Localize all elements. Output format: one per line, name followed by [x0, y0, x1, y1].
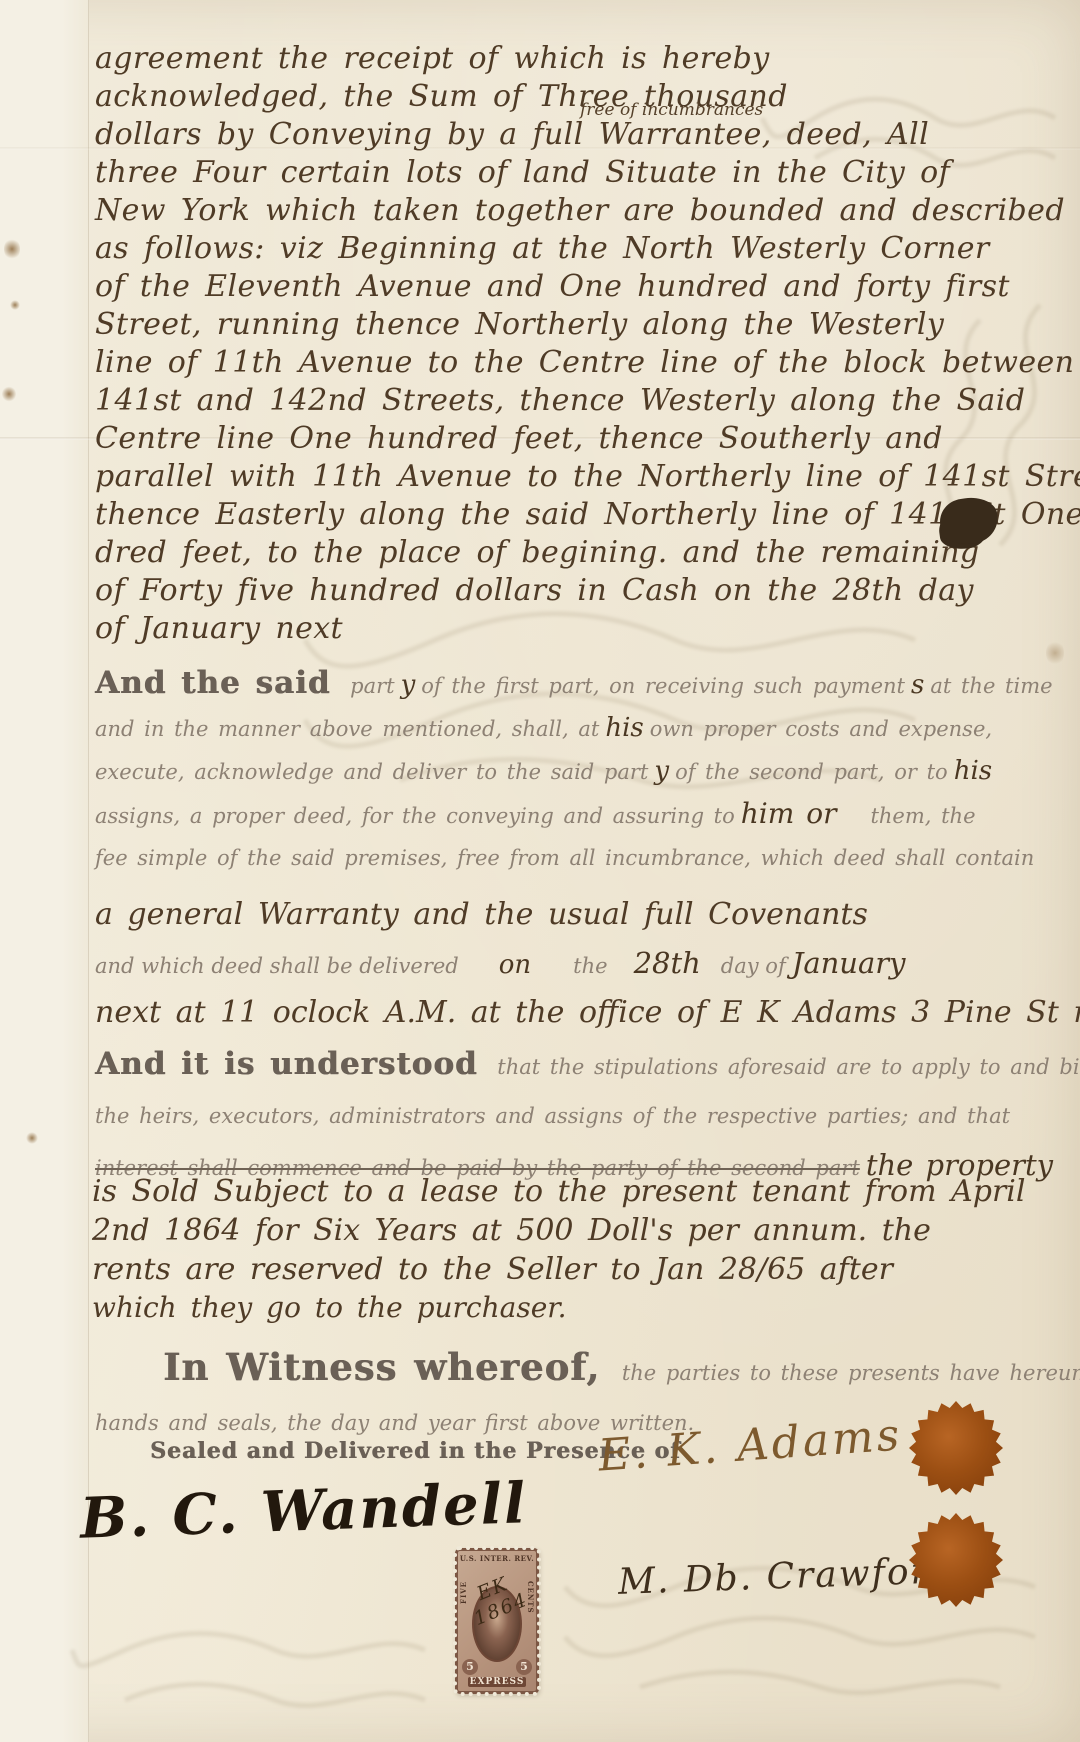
handwritten-insertion: on — [499, 950, 531, 980]
printed-text: day of — [721, 954, 786, 978]
handwritten-line-text: as follows: viz Beginning at the North W… — [95, 231, 990, 266]
handwritten-line-text: of January next — [95, 611, 343, 646]
handwritten-line: Street, running thence Northerly along t… — [95, 306, 1080, 344]
stamp-header-text: U.S. INTER. REV. — [458, 1554, 536, 1563]
clause-line: assigns, a proper deed, for the conveyin… — [95, 793, 1053, 837]
handwritten-line: three Four certain lots of land Situate … — [95, 154, 1080, 192]
handwritten-line: as follows: viz Beginning at the North W… — [95, 230, 1080, 268]
handwritten-lease-terms: is Sold Subject to a lease to the presen… — [92, 1172, 1026, 1326]
handwritten-line-text: a general Warranty and the usual full Co… — [95, 897, 868, 932]
handwritten-line: next at 11 oclock A.M. at the office of … — [95, 989, 1080, 1037]
handwritten-line: of January next — [95, 610, 1080, 648]
handwritten-line: Centre line One hundred feet, thence Sou… — [95, 420, 1080, 458]
printed-text: that the stipulations aforesaid are to a… — [497, 1055, 1080, 1079]
bleedthrough-ghost-text — [70, 1620, 430, 1720]
printed-text: fee simple of the said premises, free fr… — [95, 846, 1034, 870]
printed-text: the — [573, 954, 607, 978]
handwritten-line: which they go to the purchaser. — [92, 1289, 1026, 1326]
handwritten-line-text: Street, running thence Northerly along t… — [95, 307, 944, 342]
handwritten-insertion: January — [792, 946, 906, 980]
printed-text: of the second part, or to — [675, 760, 948, 784]
handwritten-line: dollars by Conveying by a full Warrantee… — [95, 116, 1080, 154]
handwritten-line-text: rents are reserved to the Seller to Jan … — [92, 1252, 893, 1287]
printed-clause-first-part: And the said partyof the first part, on … — [95, 662, 1053, 879]
clause-line: and in the manner above mentioned, shall… — [95, 707, 1053, 750]
handwritten-line-text: line of 11th Avenue to the Centre line o… — [95, 345, 1074, 380]
handwritten-line-text: New York which taken together are bounde… — [95, 193, 1065, 228]
clause-line: execute, acknowledge and deliver to the … — [95, 750, 1053, 793]
handwritten-line: 2nd 1864 for Six Years at 500 Doll's per… — [92, 1211, 1026, 1250]
handwritten-line: parallel with 11th Avenue to the Norther… — [95, 458, 1080, 496]
handwritten-line-text: thence Easterly along the said Northerly… — [95, 497, 1080, 532]
handwritten-insertion: him or — [741, 797, 837, 830]
clause-line: the heirs, executors, administrators and… — [95, 1092, 1080, 1141]
handwritten-line: 141st and 142nd Streets, thence Westerly… — [95, 382, 1080, 420]
printed-text: at the time — [930, 674, 1052, 698]
handwritten-line: of Forty five hundred dollars in Cash on… — [95, 572, 1080, 610]
handwritten-line: is Sold Subject to a lease to the presen… — [92, 1172, 1026, 1211]
handwritten-line: dred feet, to the place of begining. and… — [95, 534, 1080, 572]
handwritten-line-text: parallel with 11th Avenue to the Norther… — [95, 459, 1080, 494]
handwritten-line-text: of the Eleventh Avenue and One hundred a… — [95, 269, 1010, 304]
handwritten-insertion: 28th — [634, 946, 701, 980]
interlined-insertion: free of incumbrances — [580, 100, 763, 120]
handwritten-line-text: dred feet, to the place of begining. and… — [95, 535, 980, 570]
blackletter-lead: In Witness whereof, — [163, 1345, 600, 1389]
handwritten-line-text: is Sold Subject to a lease to the presen… — [92, 1174, 1026, 1209]
handwritten-line: of the Eleventh Avenue and One hundred a… — [95, 268, 1080, 306]
blackletter-lead: And the said — [95, 665, 330, 701]
handwritten-line-text: agreement the receipt of which is hereby — [95, 41, 770, 76]
handwritten-line-text: next at 11 oclock A.M. at the office of … — [95, 995, 1080, 1030]
handwritten-body-text: agreement the receipt of which is hereby… — [95, 40, 1080, 648]
printed-clause-understood: And it is understood that the stipulatio… — [95, 1040, 1080, 1193]
printed-text: and in the manner above mentioned, shall… — [95, 717, 599, 741]
page-fold-edge — [0, 0, 89, 1742]
signature-bc-wandell: B. C. Wandell — [79, 1470, 528, 1552]
printed-text: own proper costs and expense, — [650, 717, 992, 741]
printed-text: and which deed shall be delivered — [95, 954, 459, 978]
printed-text: the heirs, executors, administrators and… — [95, 1104, 1010, 1128]
deed-document-page: agreement the receipt of which is hereby… — [0, 0, 1080, 1742]
revenue-stamp: U.S. INTER. REV. FIVE CENTS 5 5 EXPRESS … — [455, 1548, 539, 1694]
handwritten-insertion: y — [654, 756, 669, 786]
blackletter-lead: And it is understood — [95, 1046, 478, 1082]
handwritten-line: a general Warranty and the usual full Co… — [95, 890, 1080, 940]
printed-text: of the first part, on receiving such pay… — [421, 674, 905, 698]
clause-line: In Witness whereof, the parties to these… — [95, 1342, 1080, 1398]
handwritten-line-text: three Four certain lots of land Situate … — [95, 155, 950, 190]
handwritten-line: New York which taken together are bounde… — [95, 192, 1080, 230]
clause-line: And the said partyof the first part, on … — [95, 662, 1053, 707]
foxing-spot — [26, 1132, 38, 1144]
handwritten-line-text: which they go to the purchaser. — [92, 1291, 567, 1324]
clause-line: fee simple of the said premises, free fr… — [95, 837, 1053, 879]
handwritten-line-text: 141st and 142nd Streets, thence Westerly… — [95, 383, 1025, 418]
foxing-spot — [10, 300, 20, 310]
stamp-denomination: 5 — [516, 1659, 532, 1675]
handwritten-line: agreement the receipt of which is hereby — [95, 40, 1080, 78]
handwritten-line-text: dollars by Conveying by a full Warrantee… — [95, 117, 929, 152]
printed-text: them, the — [870, 804, 975, 828]
handwritten-line-text: of Forty five hundred dollars in Cash on… — [95, 573, 974, 608]
printed-text: execute, acknowledge and deliver to the … — [95, 760, 648, 784]
stamp-denomination: 5 — [462, 1659, 478, 1675]
mixed-line: and which deed shall be deliveredonthe28… — [95, 940, 1080, 989]
handwritten-line: rents are reserved to the Seller to Jan … — [92, 1250, 1026, 1289]
printed-text: part — [350, 674, 394, 698]
handwritten-line: line of 11th Avenue to the Centre line o… — [95, 344, 1080, 382]
handwritten-line-text: 2nd 1864 for Six Years at 500 Doll's per… — [92, 1213, 931, 1248]
clause-line: And it is understood that the stipulatio… — [95, 1040, 1080, 1092]
printed-text: assigns, a proper deed, for the conveyin… — [95, 804, 735, 828]
printed-text: the parties to these presents have hereu… — [622, 1361, 1080, 1385]
foxing-spot — [2, 386, 16, 402]
handwritten-insertion: s — [911, 670, 924, 700]
handwritten-line: thence Easterly along the said Northerly… — [95, 496, 1080, 534]
handwritten-line-text: Centre line One hundred feet, thence Sou… — [95, 421, 943, 456]
handwritten-insertion: y — [401, 670, 416, 700]
handwritten-insertion: his — [605, 713, 643, 743]
handwritten-insertion: his — [954, 756, 992, 786]
foxing-spot — [4, 238, 20, 260]
handwritten-covenant-block: a general Warranty and the usual full Co… — [95, 890, 1080, 1037]
stamp-express-banner: EXPRESS — [468, 1677, 526, 1687]
